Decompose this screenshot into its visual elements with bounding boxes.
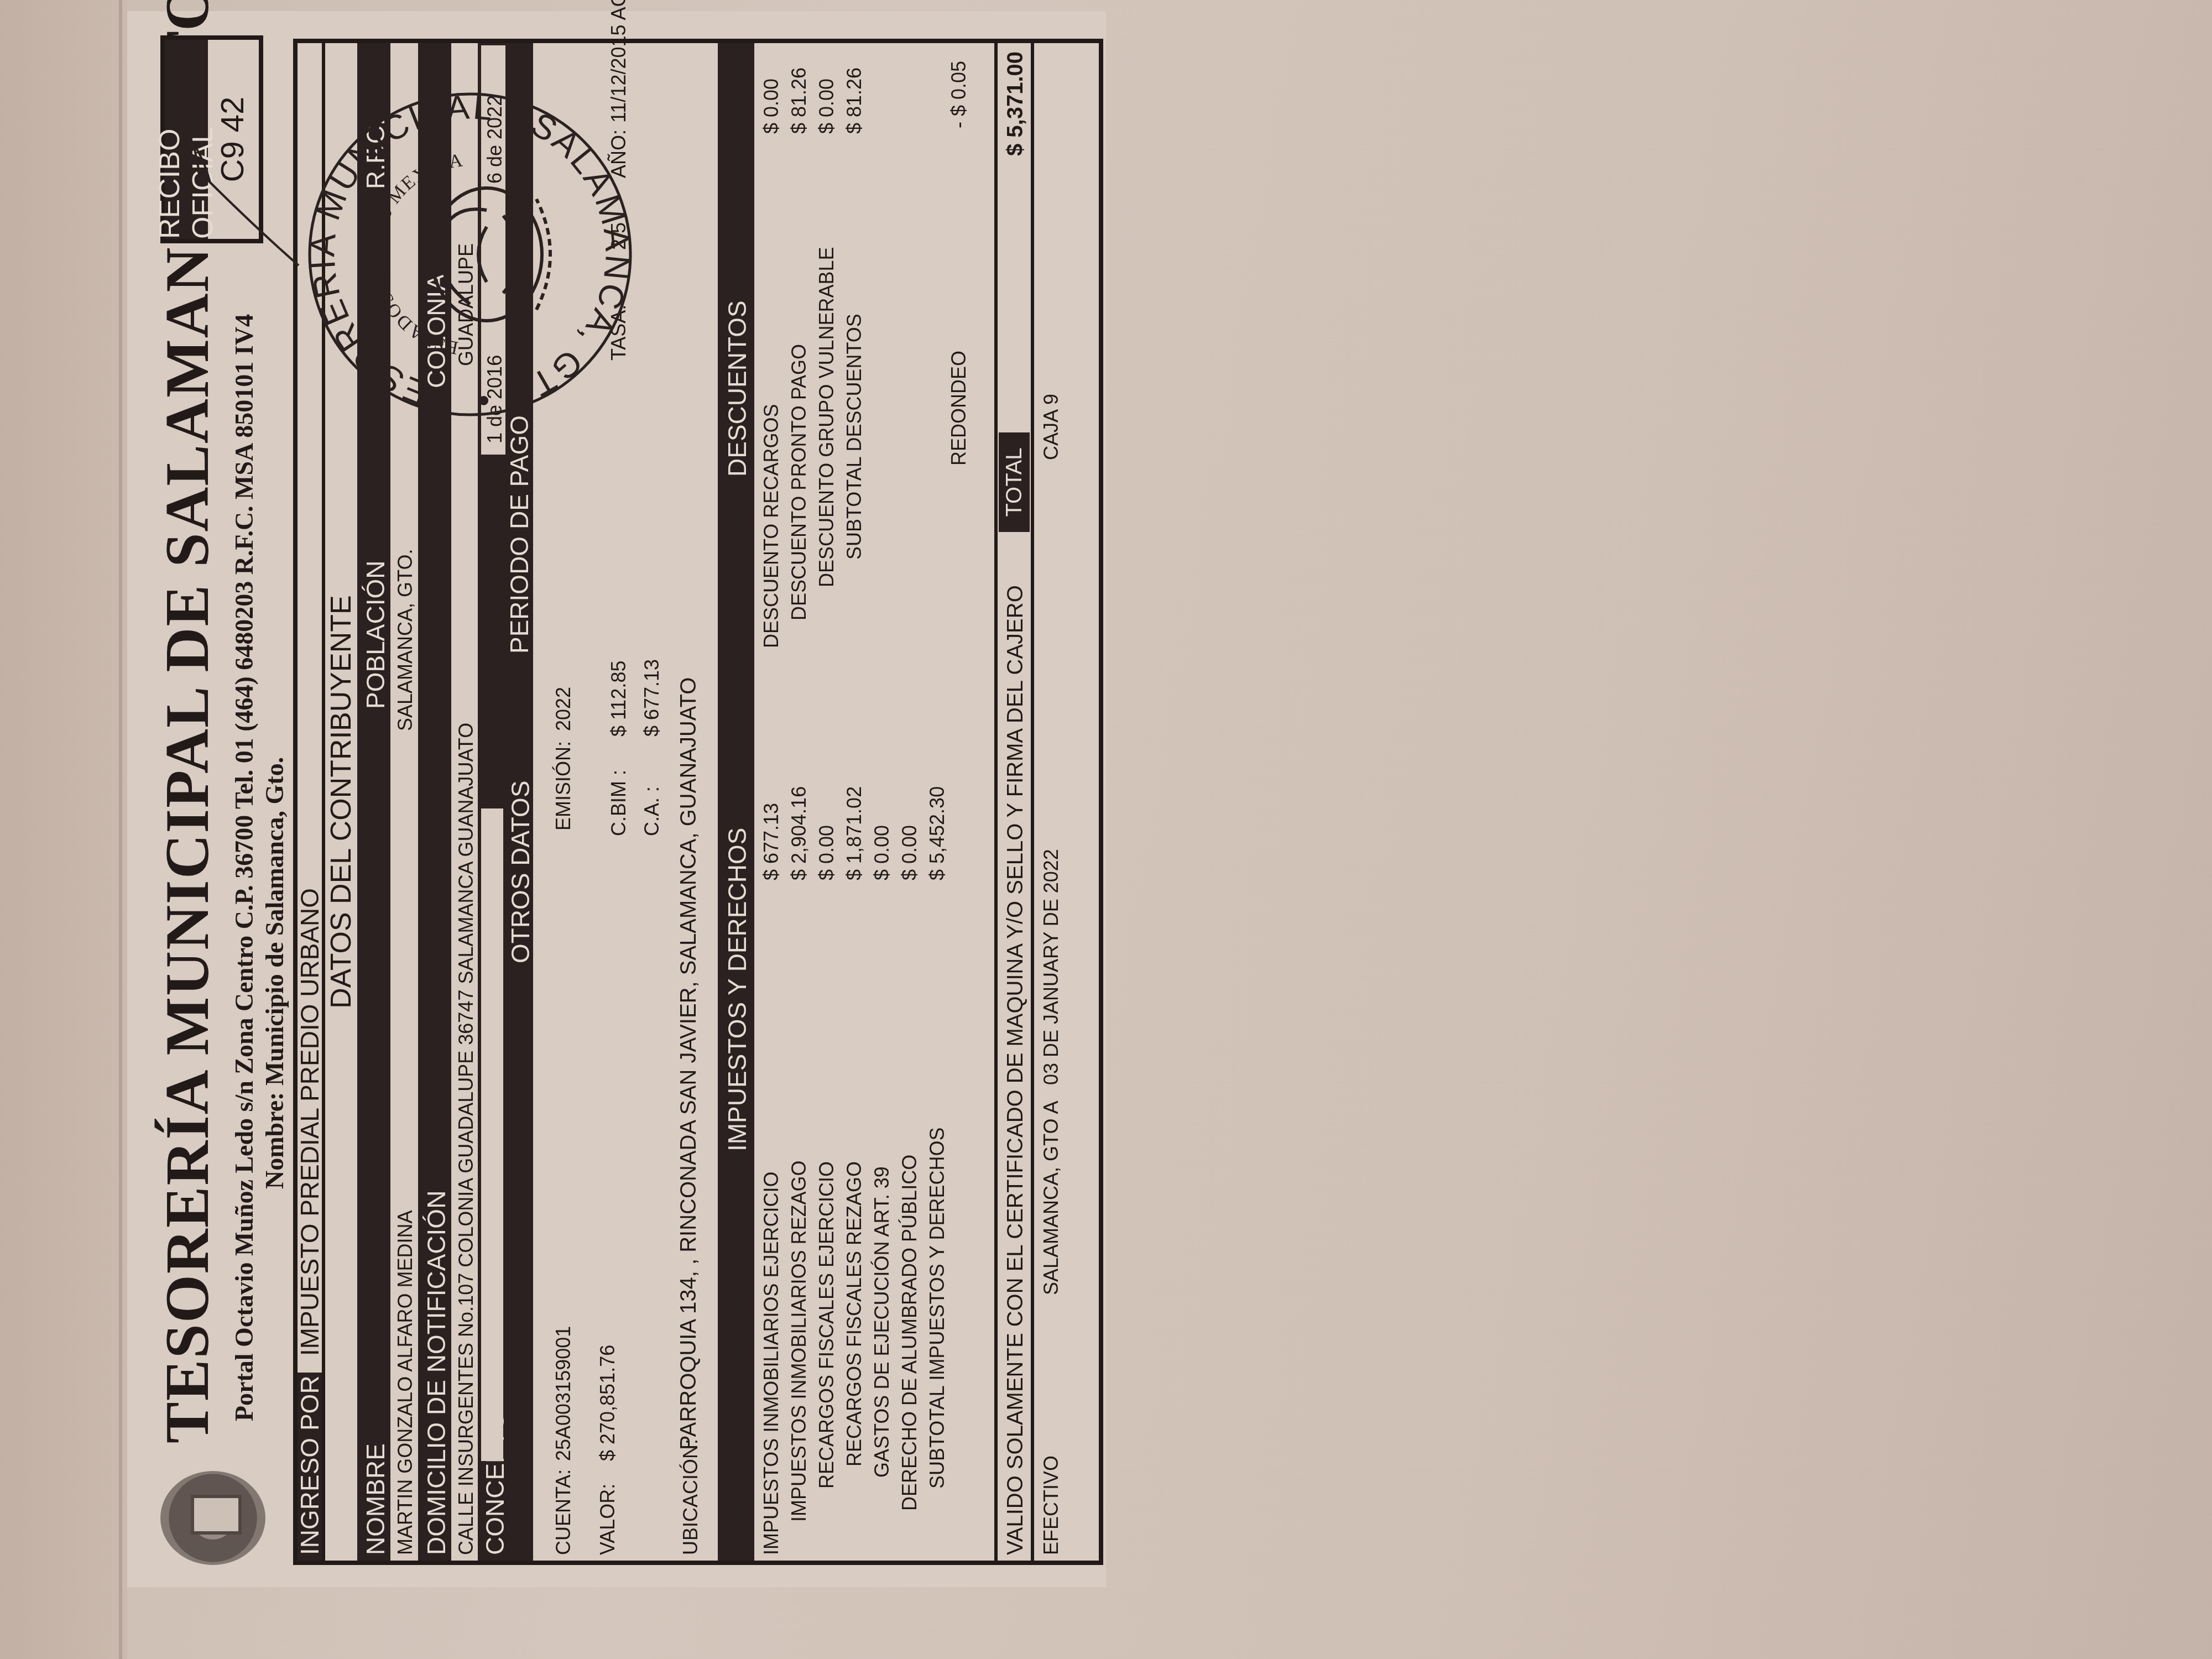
seal-outer-text: TESORERIA MUNICIPAL • SALAMANCA, GTO • — [304, 88, 636, 420]
background-surface — [0, 0, 127, 1659]
total-value: $ 5,371.00 — [1003, 51, 1028, 156]
municipal-crest-icon — [160, 1471, 265, 1565]
domicilio-value: CALLE INSURGENTES No.107 COLONIA GUADALU… — [455, 723, 478, 1555]
svg-text:TESORERIA MUNICIPAL • SALAMANC: TESORERIA MUNICIPAL • SALAMANCA, GTO • — [304, 88, 636, 420]
validez-note: VALIDO SOLAMENTE CON EL CERTIFICADO DE M… — [1003, 585, 1028, 1555]
ingreso-label: INGRESO POR — [298, 1373, 322, 1561]
ca-label: C.A. : — [640, 786, 664, 836]
eagle-emblem-icon — [431, 188, 550, 321]
nombre-value: MARTIN GONZALO ALFARO MEDINA — [394, 1211, 417, 1555]
line-item-amount: $ 0.00 — [760, 79, 783, 134]
ubicacion-label: UBICACIÓN: — [679, 1439, 702, 1555]
line-item-amount: $ 81.26 — [843, 67, 866, 134]
domicilio-label: DOMICILIO DE NOTIFICACIÓN — [421, 1191, 451, 1555]
descuentos-list: DESCUENTO RECARGOS$ 0.00DESCUENTO PRONTO… — [760, 43, 992, 1561]
periodo-label: PERIODO DE PAGO — [504, 415, 534, 654]
validez-row: VALIDO SOLAMENTE CON EL CERTIFICADO DE M… — [999, 43, 1030, 1561]
ingreso-value: IMPUESTO PREDIAL PREDIO URBANO — [298, 888, 322, 1356]
fecha: 03 DE JANUARY DE 2022 — [1040, 849, 1063, 1085]
descuentos-section-title: DESCUENTOS — [722, 300, 752, 477]
cbim-label: C.BIM : — [607, 770, 630, 836]
line-item-label: DESCUENTO PRONTO PAGO — [787, 344, 811, 620]
nombre-label: NOMBRE — [361, 1443, 390, 1555]
divider — [994, 43, 998, 1561]
redondeo-value: - $ 0.05 — [947, 61, 971, 128]
line-item-label: DESCUENTO GRUPO VULNERABLE — [815, 247, 838, 587]
valor-label: VALOR: — [596, 1484, 619, 1555]
poblacion-label: POBLACIÓN — [361, 561, 390, 709]
caja: CAJA 9 — [1040, 394, 1063, 460]
emision-value: 2022 — [552, 687, 575, 731]
cbim-value: $ 112.85 — [607, 661, 630, 737]
redondeo-label: REDONDEO — [947, 351, 971, 466]
otros-datos-title: OTROS DATOS — [505, 780, 535, 963]
line-item-label: SUBTOTAL DESCUENTOS — [843, 314, 866, 560]
divider — [1031, 43, 1034, 1561]
line-item-label: DESCUENTO RECARGOS — [760, 404, 783, 648]
line-item-amount: $ 0.00 — [815, 79, 838, 134]
impuestos-descuentos-header-bar: IMPUESTOS Y DERECHOS DESCUENTOS — [718, 43, 754, 1561]
forma-pago: EFECTIVO — [1040, 1455, 1063, 1555]
official-receipt: TESORERÍA MUNICIPAL DE SALAMANCA, GTO. P… — [127, 11, 1106, 1587]
total-label: TOTAL — [999, 432, 1030, 532]
concepto-value-field — [481, 808, 503, 1461]
ubicacion-value: PARROQUIA 134, , RINCONADA SAN JAVIER, S… — [676, 677, 701, 1450]
signature-mark — [188, 127, 310, 271]
line-item-amount: $ 81.26 — [787, 67, 811, 134]
lugar: SALAMANCA, GTO A — [1040, 1101, 1063, 1295]
valor-value: $ 270,851.76 — [596, 1345, 619, 1461]
issuer-name: Nombre: Municipio de Salamanca, Gto. — [260, 757, 289, 1189]
impuestos-section-title: IMPUESTOS Y DERECHOS — [722, 828, 752, 1151]
emision-label: EMISIÓN: — [552, 741, 575, 831]
cuenta-label: CUENTA: — [552, 1469, 575, 1555]
issuer-address: Portal Octavio Muñoz Ledo s/n Zona Centr… — [229, 314, 259, 1421]
cuenta-value: 25A003159001 — [552, 1326, 575, 1461]
municipal-seal-stamp: TESORERIA MUNICIPAL • SALAMANCA, GTO • E… — [304, 88, 636, 420]
paper-fold-line — [119, 0, 122, 1659]
ca-value: $ 677.13 — [640, 659, 664, 737]
fecha-row: EFECTIVO SALAMANCA, GTO A 03 DE JANUARY … — [1035, 43, 1066, 1561]
poblacion-value: SALAMANCA, GTO. — [394, 549, 417, 731]
